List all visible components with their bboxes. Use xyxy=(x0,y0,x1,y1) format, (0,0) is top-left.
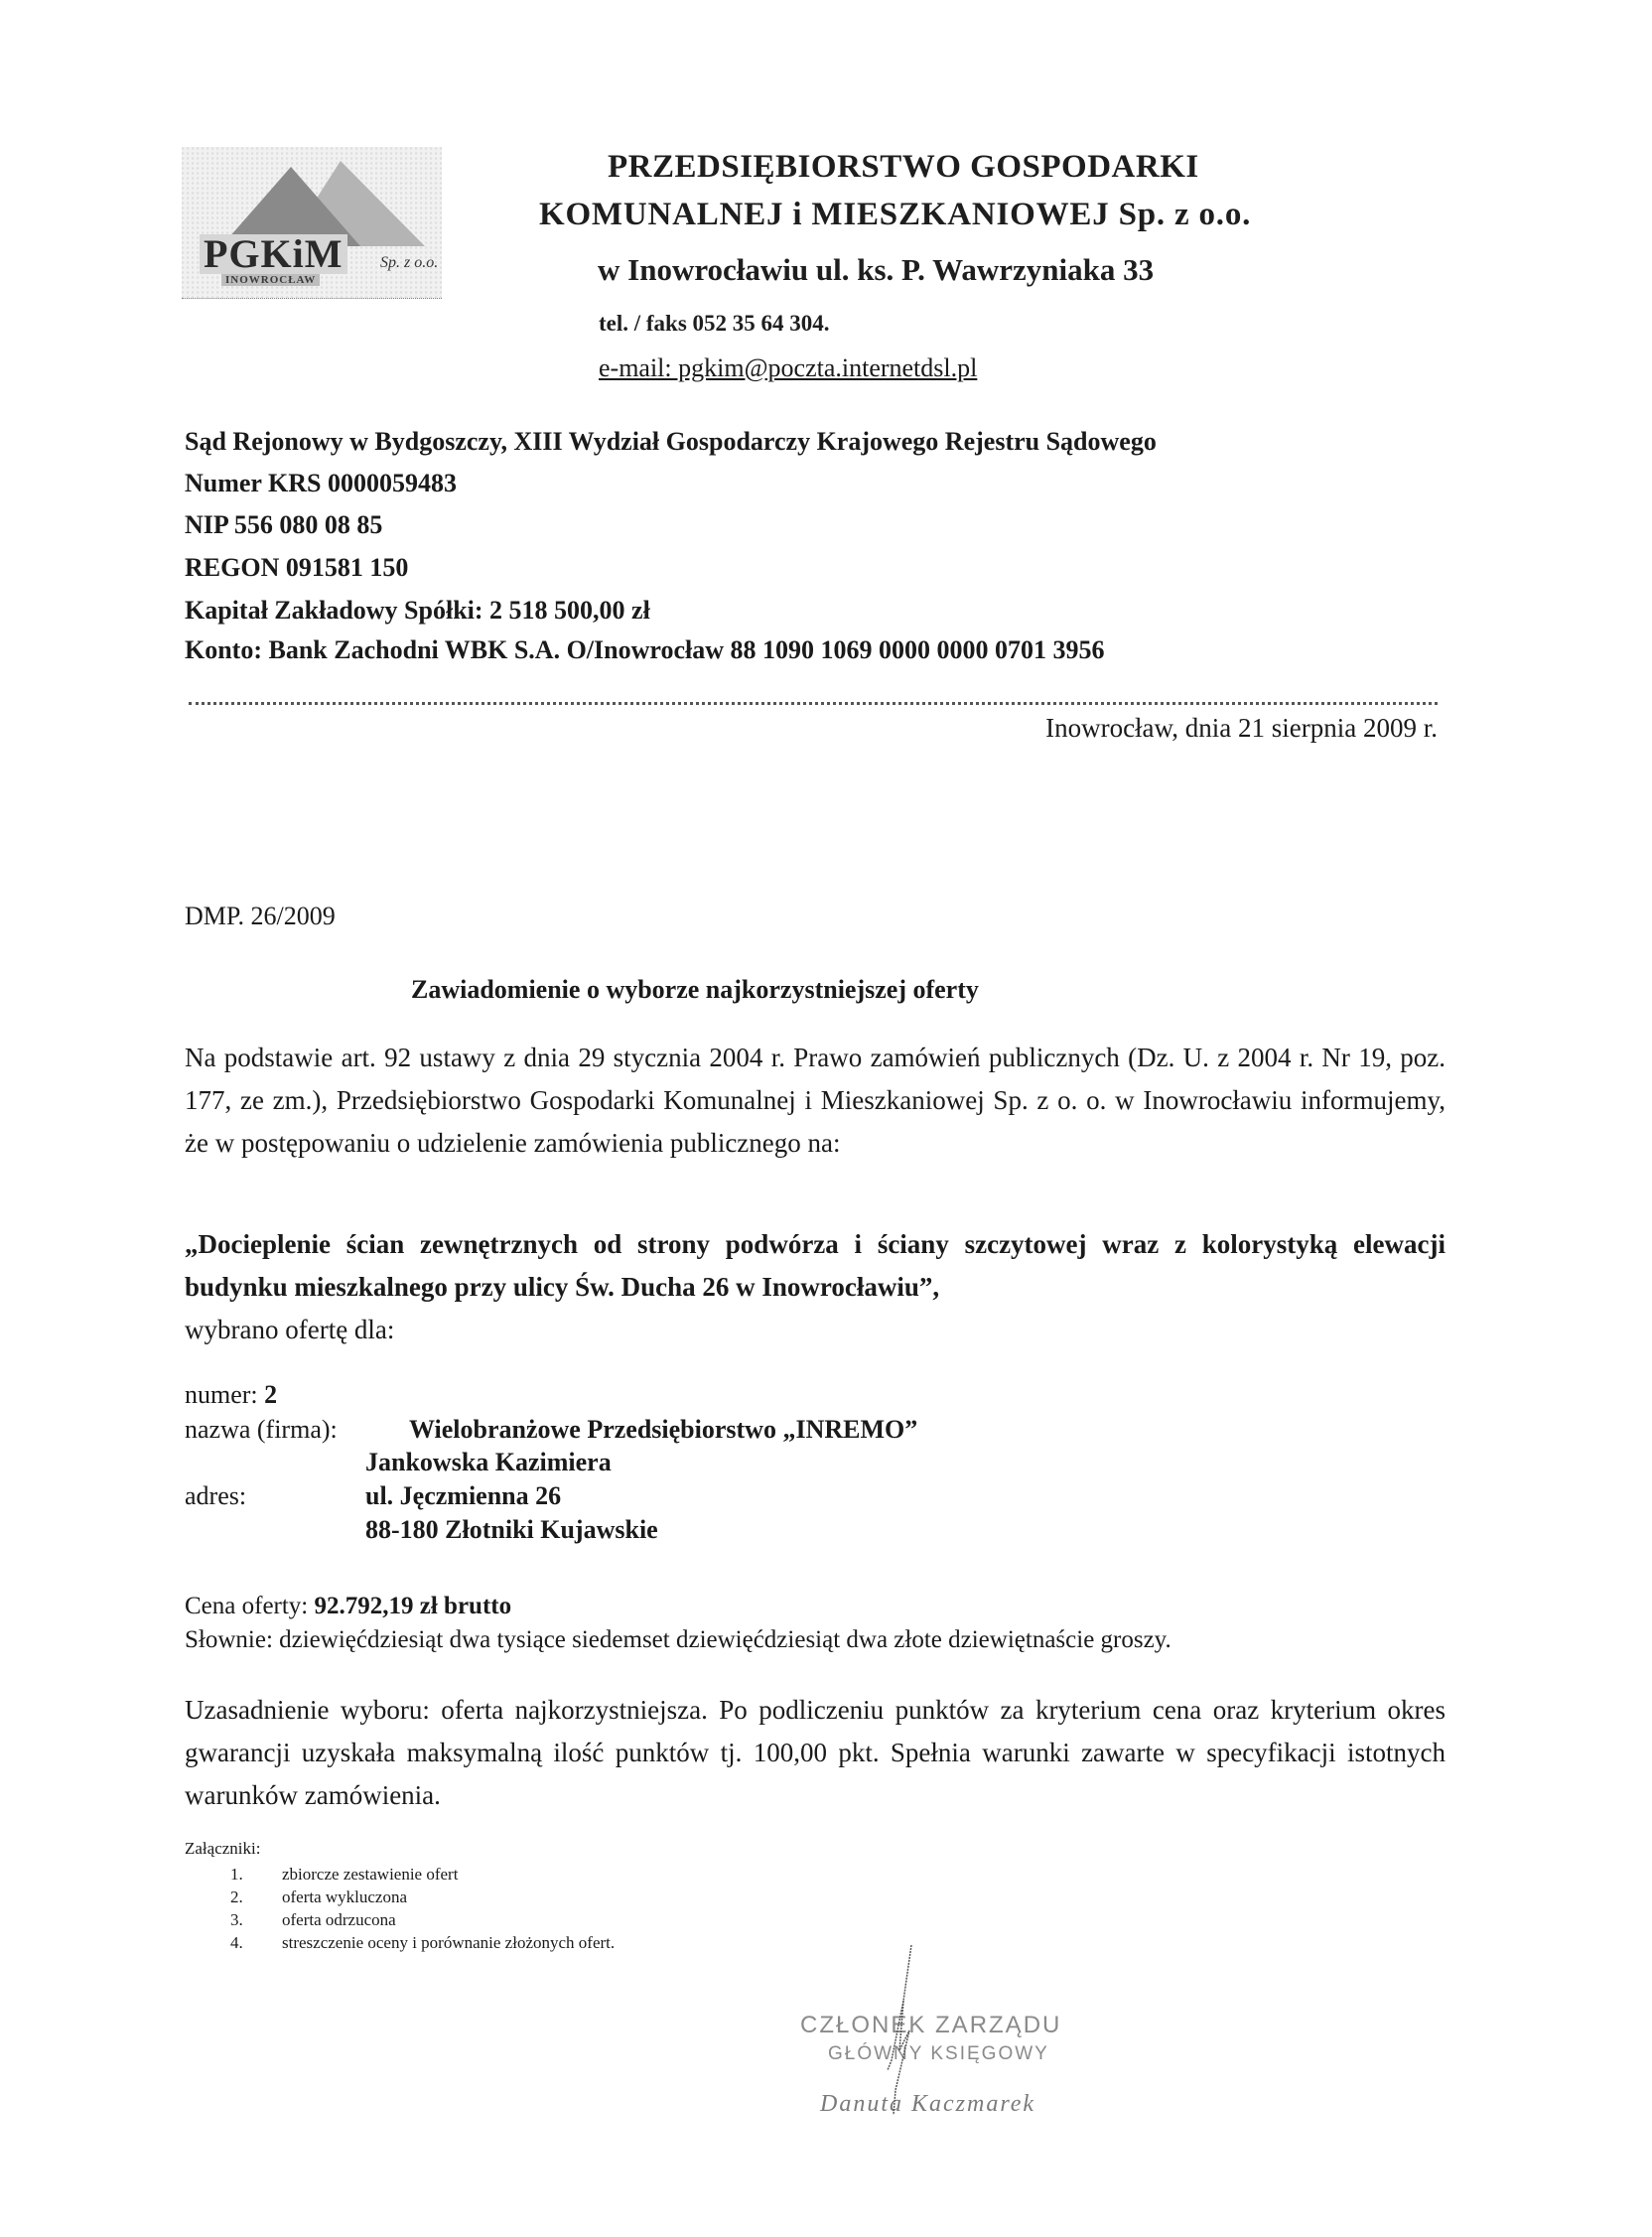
attachment-item: 1.zbiorcze zestawienie ofert xyxy=(230,1865,458,1885)
attachments-title: Załączniki: xyxy=(185,1839,260,1859)
letter-date: Inowrocław, dnia 21 sierpnia 2009 r. xyxy=(1045,713,1438,744)
company-name-line1: PRZEDSIĘBIORSTWO GOSPODARKI xyxy=(608,149,1199,186)
document-title: Zawiadomienie o wyborze najkorzystniejsz… xyxy=(411,975,979,1005)
company-address: w Inowrocławiu ul. ks. P. Wawrzyniaka 33 xyxy=(598,252,1154,288)
offer-address-label: adres: xyxy=(185,1481,246,1511)
price-value: 92.792,19 zł brutto xyxy=(315,1593,512,1619)
offer-address-line2: 88-180 Złotniki Kujawskie xyxy=(365,1515,658,1545)
company-logo: PGKiM INOWROCŁAW Sp. z o.o. xyxy=(182,147,442,299)
registry-krs: Numer KRS 0000059483 xyxy=(185,469,457,498)
registry-court: Sąd Rejonowy w Bydgoszczy, XIII Wydział … xyxy=(185,427,1157,457)
offer-number-value: 2 xyxy=(264,1380,277,1409)
offer-number: numer: 2 xyxy=(185,1380,277,1410)
price-in-words: Słownie: dziewięćdziesiąt dwa tysiące si… xyxy=(185,1626,1171,1654)
offer-name-line1: Wielobranżowe Przedsiębiorstwo „INREMO” xyxy=(409,1415,917,1445)
contract-subject: „Docieplenie ścian zewnętrznych od stron… xyxy=(185,1223,1445,1351)
company-email-link[interactable]: e-mail: pgkim@poczta.internetdsl.pl xyxy=(599,353,977,383)
price-label: Cena oferty: xyxy=(185,1593,308,1619)
subject-tail: wybrano ofertę dla: xyxy=(185,1315,394,1344)
attachment-item: 3.oferta odrzucona xyxy=(230,1910,396,1930)
reference-number: DMP. 26/2009 xyxy=(185,902,336,931)
intro-paragraph: Na podstawie art. 92 ustawy z dnia 29 st… xyxy=(185,1037,1445,1165)
company-name-line2: KOMUNALNEJ i MIESZKANIOWEJ Sp. z o.o. xyxy=(539,197,1251,233)
dotted-divider xyxy=(189,702,1438,707)
registry-regon: REGON 091581 150 xyxy=(185,553,408,583)
stamp-line2: GŁÓWNY KSIĘGOWY xyxy=(828,2043,1049,2065)
offer-number-label: numer: xyxy=(185,1380,258,1409)
offer-address-line1: ul. Jęczmienna 26 xyxy=(365,1481,561,1511)
logo-city: INOWROCŁAW xyxy=(221,274,320,286)
logo-brand: PGKiM xyxy=(200,234,347,274)
registry-nip: NIP 556 080 08 85 xyxy=(185,510,382,540)
logo-suffix: Sp. z o.o. xyxy=(380,254,438,272)
offer-name-label: nazwa (firma): xyxy=(185,1415,338,1445)
registry-bank-account: Konto: Bank Zachodni WBK S.A. O/Inowrocł… xyxy=(185,635,1105,665)
justification-paragraph: Uzasadnienie wyboru: oferta najkorzystni… xyxy=(185,1689,1445,1817)
subject-text: „Docieplenie ścian zewnętrznych od stron… xyxy=(185,1229,1445,1302)
signature-icon xyxy=(874,1941,933,2120)
registry-capital: Kapitał Zakładowy Spółki: 2 518 500,00 z… xyxy=(185,596,650,626)
offer-price: Cena oferty: 92.792,19 zł brutto xyxy=(185,1593,511,1620)
company-phone: tel. / faks 052 35 64 304. xyxy=(599,311,830,337)
attachment-item: 2.oferta wykluczona xyxy=(230,1887,407,1907)
attachment-item: 4.streszczenie oceny i porównanie złożon… xyxy=(230,1933,615,1953)
offer-name-line2: Jankowska Kazimiera xyxy=(365,1448,612,1477)
